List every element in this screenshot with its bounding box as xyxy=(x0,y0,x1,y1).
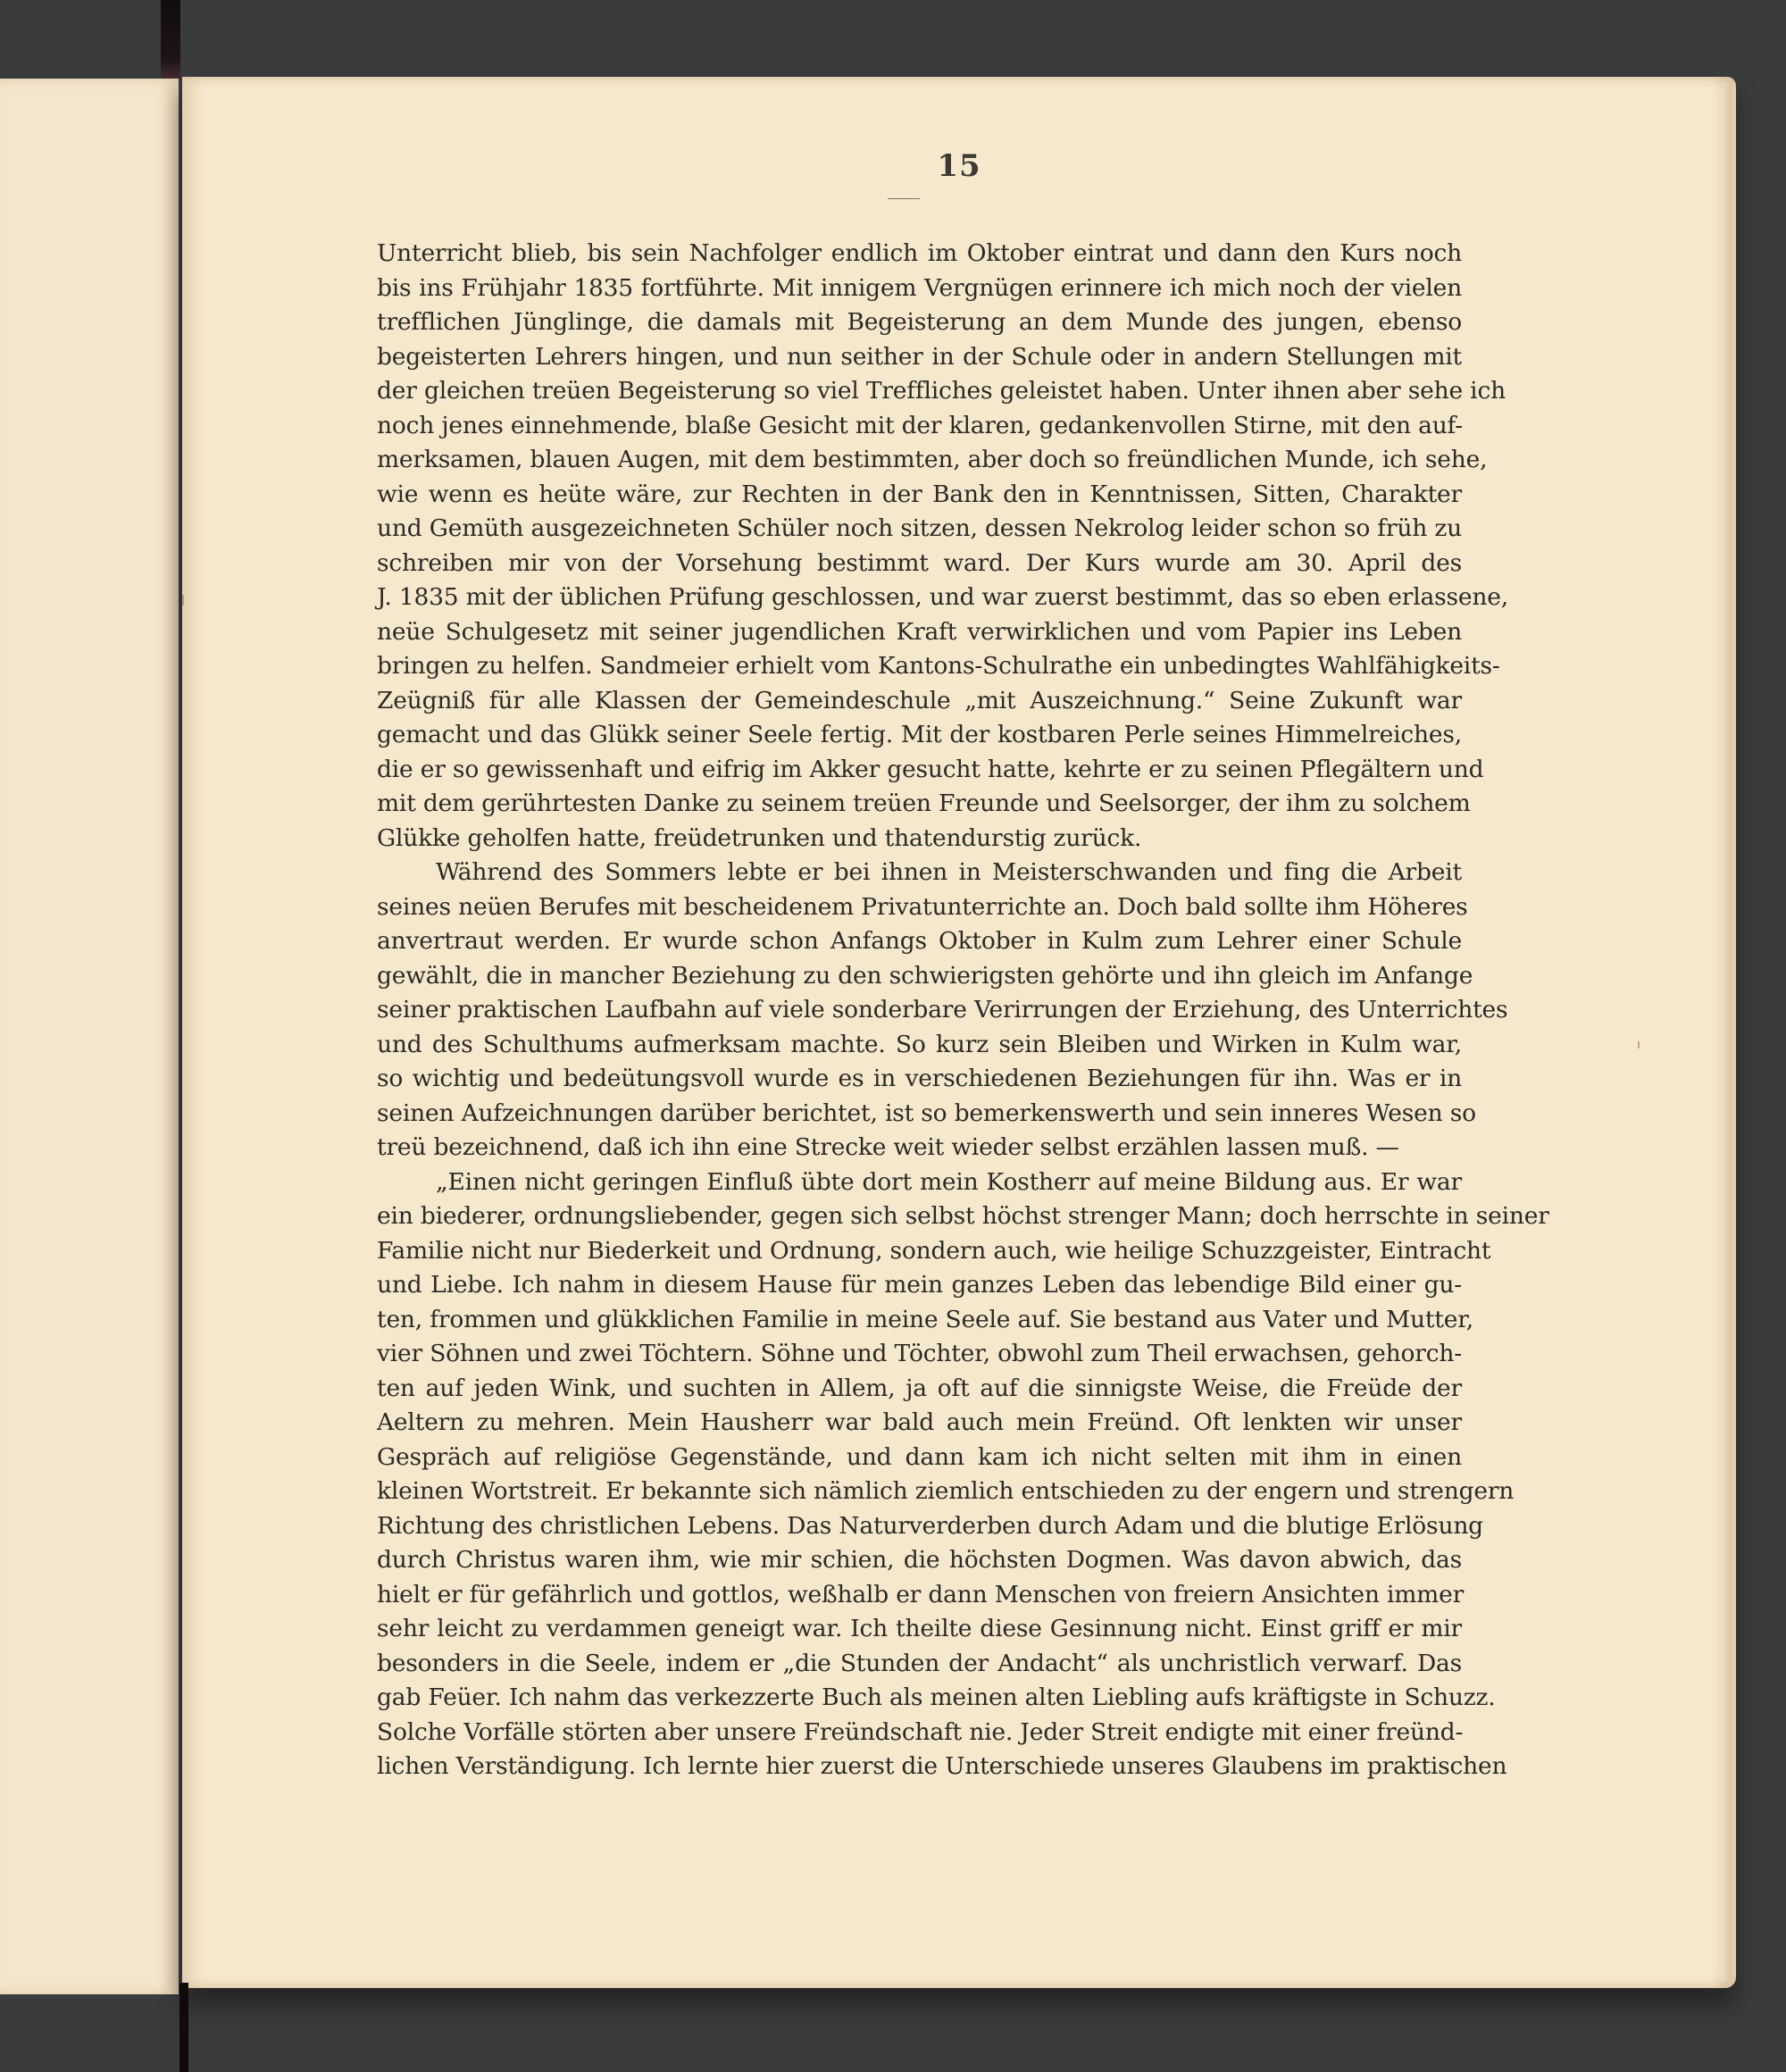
text-line: seiner praktischen Laufbahn auf viele so… xyxy=(377,993,1462,1028)
text-line: Aeltern zu mehren. Mein Hausherr war bal… xyxy=(377,1406,1462,1441)
text-line: hielt er für gefährlich und gottlos, weß… xyxy=(377,1578,1462,1613)
paragraph-end-line: treü bezeichnend, daß ich ihn eine Strec… xyxy=(377,1131,1462,1165)
text-line: und Liebe. Ich nahm in diesem Hause für … xyxy=(377,1268,1462,1303)
text-line: der gleichen treüen Begeisterung so viel… xyxy=(377,374,1462,409)
text-line: Unterricht blieb, bis sein Nachfolger en… xyxy=(377,237,1462,272)
text-line: die er so gewissenhaft und eifrig im Akk… xyxy=(377,753,1462,788)
text-line: bringen zu helfen. Sandmeier erhielt vom… xyxy=(377,649,1462,684)
book-spine-bottom xyxy=(179,1983,188,2072)
text-line: ten, frommen und glükklichen Familie in … xyxy=(377,1303,1462,1338)
text-line: wie wenn es heüte wäre, zur Rechten in d… xyxy=(377,478,1462,513)
text-line: Zeügniß für alle Klassen der Gemeindesch… xyxy=(377,684,1462,719)
page-fore-edge xyxy=(1722,82,1736,1981)
text-line: gemacht und das Glükk seiner Seele ferti… xyxy=(377,718,1462,753)
text-line: Gespräch auf religiöse Gegenstände, und … xyxy=(377,1441,1462,1475)
text-line: und Gemüth ausgezeichneten Schüler noch … xyxy=(377,512,1462,547)
text-line: gewählt, die in mancher Beziehung zu den… xyxy=(377,959,1462,994)
text-line: ten auf jeden Wink, und suchten in Allem… xyxy=(377,1372,1462,1407)
body-text: Unterricht blieb, bis sein Nachfolger en… xyxy=(377,237,1462,1784)
book-spine-headband xyxy=(161,0,180,80)
book-page: 15 Unterricht blieb, bis sein Nachfolger… xyxy=(182,77,1736,1988)
text-line: gab Feüer. Ich nahm das verkezzerte Buch… xyxy=(377,1681,1462,1716)
text-line: seinen Aufzeichnungen darüber berichtet,… xyxy=(377,1097,1462,1132)
text-line: besonders in die Seele, indem er „die St… xyxy=(377,1647,1462,1682)
text-line: Richtung des christlichen Lebens. Das Na… xyxy=(377,1509,1462,1544)
text-line: noch jenes einnehmende, blaße Gesicht mi… xyxy=(377,409,1462,444)
text-line: schreiben mir von der Vorsehung bestimmt… xyxy=(377,547,1462,581)
text-line: kleinen Wortstreit. Er bekannte sich näm… xyxy=(377,1475,1462,1509)
text-line: mit dem gerührtesten Danke zu seinem tre… xyxy=(377,787,1462,822)
paper-speck xyxy=(182,595,184,606)
text-line: lichen Verständigung. Ich lernte hier zu… xyxy=(377,1750,1462,1784)
text-line: ein biederer, ordnungsliebender, gegen s… xyxy=(377,1199,1462,1234)
paper-speck xyxy=(1638,1041,1640,1049)
text-line: seines neüen Berufes mit bescheidenem Pr… xyxy=(377,890,1462,925)
text-line: Solche Vorfälle störten aber unsere Freü… xyxy=(377,1716,1462,1750)
text-line: Familie nicht nur Biederkeit und Ordnung… xyxy=(377,1234,1462,1269)
page-number-rule xyxy=(888,198,920,199)
text-line: so wichtig und bedeütungsvoll wurde es i… xyxy=(377,1062,1462,1097)
text-line: merksamen, blauen Augen, mit dem bestimm… xyxy=(377,443,1462,478)
text-line: vier Söhnen und zwei Töchtern. Söhne und… xyxy=(377,1337,1462,1372)
text-line: neüe Schulgesetz mit seiner jugendlichen… xyxy=(377,615,1462,650)
paragraph-end-line: Glükke geholfen hatte, freüdetrunken und… xyxy=(377,822,1462,856)
text-line: sehr leicht zu verdammen geneigt war. Ic… xyxy=(377,1612,1462,1647)
text-line: anvertraut werden. Er wurde schon Anfang… xyxy=(377,924,1462,959)
paragraph-start-line: Während des Sommers lebte er bei ihnen i… xyxy=(377,856,1462,890)
text-line: J. 1835 mit der üblichen Prüfung geschlo… xyxy=(377,581,1462,615)
text-line: trefflichen Jünglinge, die damals mit Be… xyxy=(377,305,1462,340)
text-line: durch Christus waren ihm, wie mir schien… xyxy=(377,1543,1462,1578)
text-line: bis ins Frühjahr 1835 fortführte. Mit in… xyxy=(377,272,1462,306)
paragraph-start-line: „Einen nicht geringen Einfluß übte dort … xyxy=(377,1165,1462,1200)
page-number: 15 xyxy=(182,148,1736,184)
text-line: begeisterten Lehrers hingen, und nun sei… xyxy=(377,340,1462,375)
text-line: und des Schulthums aufmerksam machte. So… xyxy=(377,1028,1462,1063)
left-page-edge xyxy=(0,79,179,1994)
